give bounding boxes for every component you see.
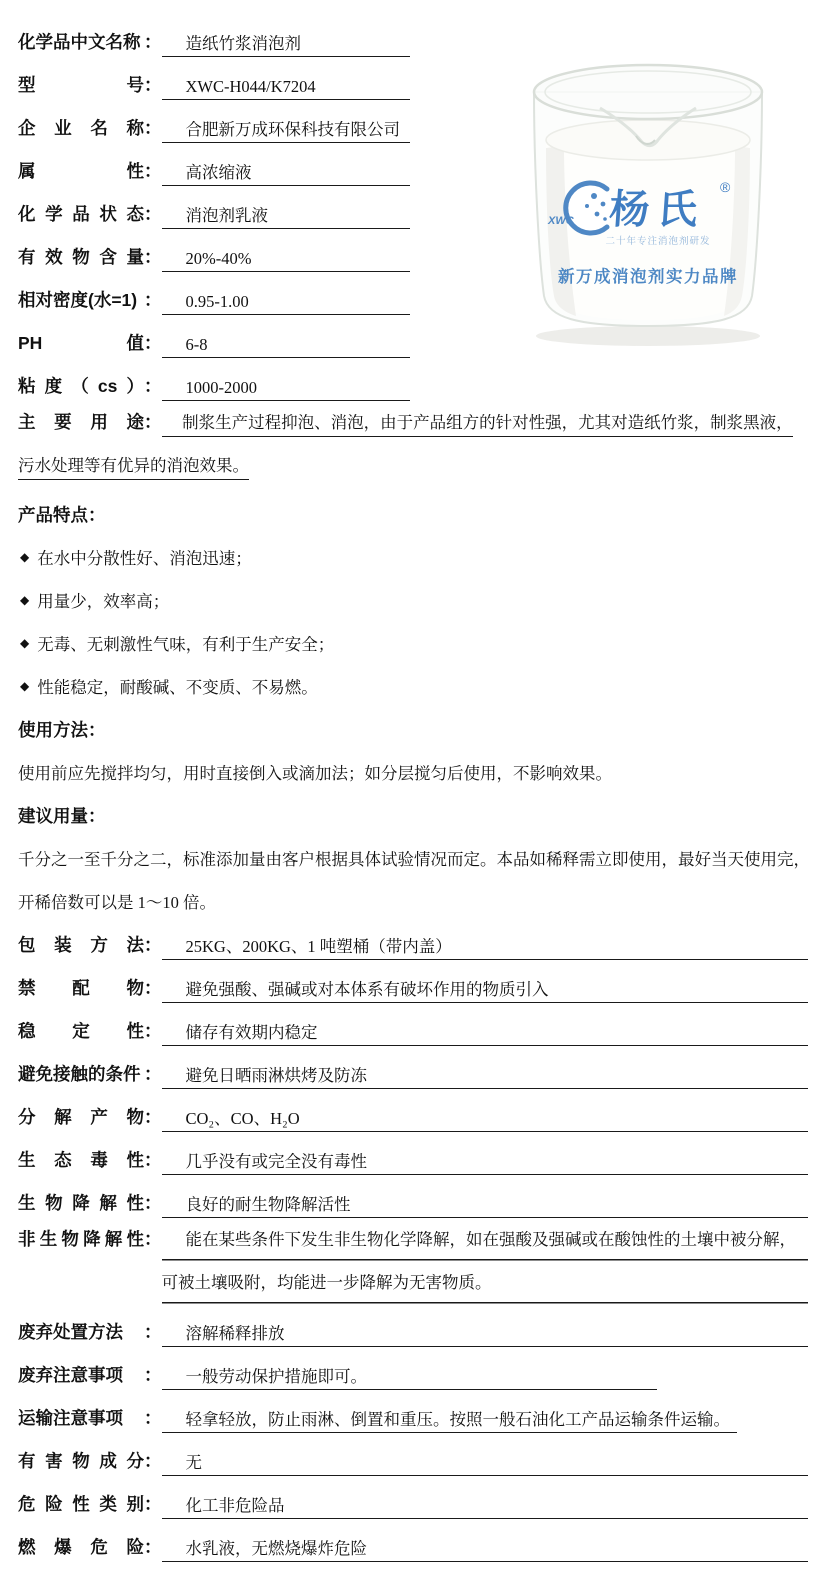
field-row: 粘度（cs）：1000-2000 [18,358,410,401]
field-row: 燃爆危险：水乳液，无燃烧爆炸危险 [18,1519,808,1562]
field-colon: ： [144,978,162,1003]
field-colon: ： [144,118,162,143]
field-value: 良好的耐生物降解活性 [162,1194,809,1218]
field-label: 型号 [18,75,144,100]
diamond-bullet-icon: ◆ [20,547,29,568]
field-label: 稳定性 [18,1021,144,1046]
bottom-fields-section: 包装方法：25KG、200KG、1 吨塑桶（带内盖） 禁配物：避免强酸、强碱或对… [18,917,808,1562]
product-spec-document: 化学品中文名称：造纸竹浆消泡剂 型号：XWC-H044/K7204 企业名称：合… [0,0,830,1584]
field-row: 避免接触的条件：避免日晒雨淋烘烤及防冻 [18,1046,808,1089]
field-colon: ： [144,412,162,432]
field-label: 燃爆危险 [18,1537,144,1562]
field-row: 运输注意事项：轻拿轻放，防止雨淋、倒置和重压。按照一般石油化工产品运输条件运输。 [18,1390,808,1433]
brand-name-text: 杨氏 [608,187,707,232]
field-label: 非生物降解性 [18,1218,144,1261]
field-row: 非生物降解性：能在某些条件下发生非生物化学降解，如在强酸及强碱或在酸蚀性的土壤中… [18,1218,808,1304]
brand-tagline: 二十年专注消泡剂研发 [605,235,710,247]
field-value: 无 [162,1452,809,1476]
field-value: 高浓缩液 [162,162,411,186]
field-label: 废弃注意事项 [18,1365,144,1390]
field-row: 属性：高浓缩液 [18,143,410,186]
field-colon: ： [144,1322,162,1347]
field-value: 储存有效期内稳定 [162,1022,809,1046]
field-colon: ： [144,1150,162,1175]
field-value: 一般劳动保护措施即可。 [162,1366,657,1390]
field-colon: ： [144,1365,162,1390]
field-row: 相对密度(水=1)：0.95-1.00 [18,272,410,315]
field-label: 运输注意事项 [18,1408,144,1433]
bullet-item: ◆用量少，效率高； [18,573,808,616]
dosage-paragraph: 千分之一至千分之二，标准添加量由客户根据具体试验情况而定。本品如稀释需立即使用，… [18,831,808,917]
field-colon: ： [144,1218,162,1261]
field-value: 消泡剂乳液 [162,205,411,229]
field-value: 6-8 [162,334,411,358]
field-colon: ： [144,161,162,186]
field-label: 禁配物 [18,978,144,1003]
bullet-text: 无毒、无刺激性气味，有利于生产安全； [37,634,334,655]
beaker-illustration: XWC 杨氏 ® 二十年专注消泡剂研发 新万成消泡剂实力品牌 [508,58,788,352]
field-row: 包装方法：25KG、200KG、1 吨塑桶（带内盖） [18,917,808,960]
field-colon: ： [144,204,162,229]
field-label: 粘度（cs） [18,376,144,401]
field-colon: ： [144,935,162,960]
field-row: 危险性类别：化工非危险品 [18,1476,808,1519]
beaker-rim [534,65,762,119]
field-value: 20%-40% [162,248,411,272]
field-value: 能在某些条件下发生非生物化学降解，如在强酸及强碱或在酸蚀性的土壤中被分解，可被土… [162,1218,809,1304]
bullet-text: 用量少，效率高； [37,591,169,612]
field-colon: ： [144,1451,162,1476]
field-label: PH值 [18,333,144,358]
field-value: 1000-2000 [162,377,411,401]
diamond-bullet-icon: ◆ [20,633,29,654]
field-colon: ： [144,1107,162,1132]
top-fields-section: 化学品中文名称：造纸竹浆消泡剂 型号：XWC-H044/K7204 企业名称：合… [18,14,410,401]
field-main-use: 主要用途： 制浆生产过程抑泡、消泡，由于产品组方的针对性强，尤其对造纸竹浆，制浆… [18,401,808,487]
field-colon: ： [144,32,162,57]
field-label: 危险性类别 [18,1494,144,1519]
field-row: 有害物成分：无 [18,1433,808,1476]
product-photo: XWC 杨氏 ® 二十年专注消泡剂研发 新万成消泡剂实力品牌 [508,58,788,352]
field-colon: ： [144,1021,162,1046]
field-value: 溶解稀释排放 [162,1323,809,1347]
field-row: 生物降解性：良好的耐生物降解活性 [18,1175,808,1218]
diamond-bullet-icon: ◆ [20,590,29,611]
field-label: 生态毒性 [18,1150,144,1175]
bullet-item: ◆性能稳定，耐酸碱、不变质、不易燃。 [18,659,808,702]
bullet-item: ◆在水中分散性好、消泡迅速； [18,530,808,573]
field-colon: ： [144,1494,162,1519]
field-row: 禁配物：避免强酸、强碱或对本体系有破坏作用的物质引入 [18,960,808,1003]
field-value: 合肥新万成环保科技有限公司 [162,119,411,143]
field-label: 化学品状态 [18,204,144,229]
field-value: 水乳液，无燃烧爆炸危险 [162,1538,809,1562]
feature-bullet-list: ◆在水中分散性好、消泡迅速；◆用量少，效率高；◆无毒、无刺激性气味，有利于生产安… [18,530,808,702]
field-label: 有效物含量 [18,247,144,272]
section-heading-usage: 使用方法： [18,702,808,745]
field-colon: ： [144,1408,162,1433]
field-row: 企业名称：合肥新万成环保科技有限公司 [18,100,410,143]
field-value: 轻拿轻放，防止雨淋、倒置和重压。按照一般石油化工产品运输条件运输。 [162,1409,737,1433]
bullet-text: 在水中分散性好、消泡迅速； [37,548,252,569]
field-value: 25KG、200KG、1 吨塑桶（带内盖） [162,936,809,960]
field-colon: ： [144,333,162,358]
field-row: 化学品状态：消泡剂乳液 [18,186,410,229]
field-label: 相对密度(水=1) [18,290,144,315]
section-heading-dosage: 建议用量： [18,788,808,831]
field-label: 避免接触的条件 [18,1064,144,1089]
liquid-surface [546,120,750,160]
brand-banner: 新万成消泡剂实力品牌 [558,266,738,286]
bullet-item: ◆无毒、无刺激性气味，有利于生产安全； [18,616,808,659]
field-value: 造纸竹浆消泡剂 [162,33,411,57]
field-value: XWC-H044/K7204 [162,76,411,100]
field-label: 有害物成分 [18,1451,144,1476]
field-row: 生态毒性：几乎没有或完全没有毒性 [18,1132,808,1175]
field-colon: ： [144,75,162,100]
field-row: 化学品中文名称：造纸竹浆消泡剂 [18,14,410,57]
field-label: 包装方法 [18,935,144,960]
dosage-line: 千分之一至千分之二，标准添加量由客户根据具体试验情况而定。本品如稀释需立即使用，… [18,831,808,874]
field-value: 避免日晒雨淋烘烤及防冻 [162,1065,809,1089]
logo-xwc-text: XWC [547,215,575,227]
field-row: 废弃注意事项：一般劳动保护措施即可。 [18,1347,808,1390]
registered-mark: ® [720,179,731,195]
field-label: 生物降解性 [18,1193,144,1218]
field-value: CO₂、CO、H₂O [162,1108,809,1132]
field-value: 0.95-1.00 [162,291,411,315]
field-colon: ： [144,1064,162,1089]
underline-lead-gap [162,413,183,437]
field-label: 企业名称 [18,118,144,143]
field-value: 化工非危险品 [162,1495,809,1519]
dosage-line: 开稀倍数可以是 1～10 倍。 [18,874,808,917]
section-heading-features: 产品特点： [18,487,808,530]
field-row: 型号：XWC-H044/K7204 [18,57,410,100]
bullet-text: 性能稳定，耐酸碱、不变质、不易燃。 [37,677,318,698]
diamond-bullet-icon: ◆ [20,676,29,697]
field-colon: ： [144,376,162,401]
field-row: 稳定性：储存有效期内稳定 [18,1003,808,1046]
field-colon: ： [144,1193,162,1218]
field-label: 废弃处置方法 [18,1322,144,1347]
field-value: 避免强酸、强碱或对本体系有破坏作用的物质引入 [162,979,809,1003]
field-row: 分解产物：CO₂、CO、H₂O [18,1089,808,1132]
field-label: 化学品中文名称 [18,32,144,57]
field-label: 分解产物 [18,1107,144,1132]
field-label: 属性 [18,161,144,186]
field-row: PH值：6-8 [18,315,410,358]
usage-paragraph: 使用前应先搅拌均匀，用时直接倒入或滴加法；如分层搅匀后使用，不影响效果。 [18,745,808,788]
beaker-shadow [536,326,760,346]
field-row: 废弃处置方法：溶解稀释排放 [18,1304,808,1347]
field-colon: ： [144,1537,162,1562]
field-label: 主要用途 [18,401,144,444]
field-colon: ： [144,290,162,315]
field-value: 几乎没有或完全没有毒性 [162,1151,809,1175]
field-colon: ： [144,247,162,272]
field-row: 有效物含量：20%-40% [18,229,410,272]
